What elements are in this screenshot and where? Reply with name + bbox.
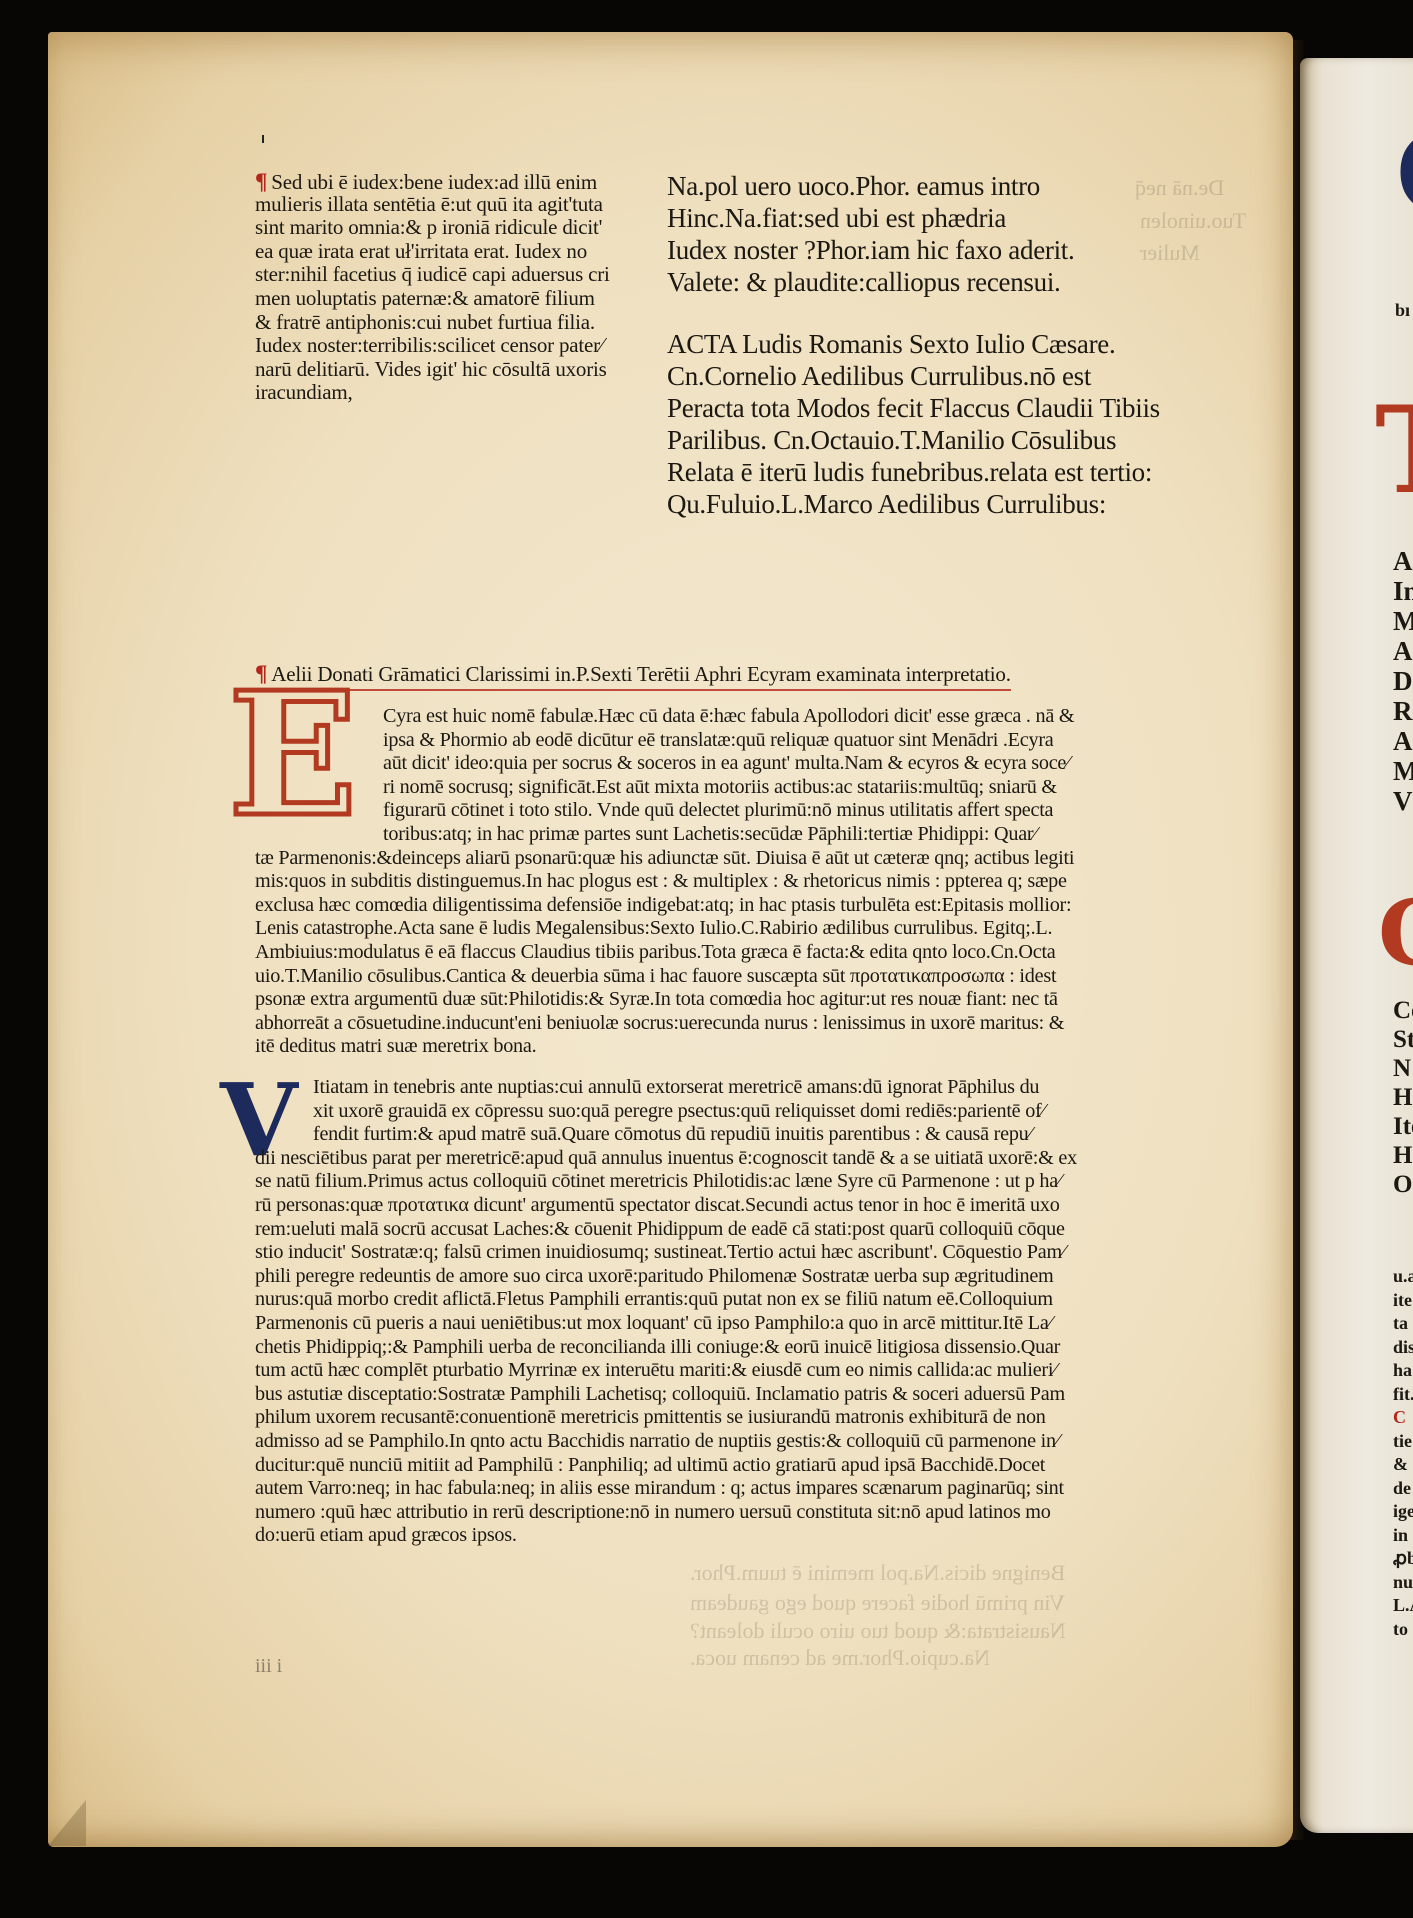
paragraph-mark-icon: ¶: [255, 168, 267, 194]
text-line: itē deditus matri suæ meretrix bona.: [255, 1035, 1074, 1059]
text-line: & fratrē antiphonis:cui nubet furtiua fi…: [255, 312, 610, 336]
play-text-column: Na.pol uero uoco.Phor. eamus intro Hinc.…: [667, 173, 1160, 523]
text-line: chetis Phidippiq;:& Pamphili uerba de re…: [255, 1336, 1077, 1360]
text-line: ea quæ irata erat uł'irritata erat. Iude…: [255, 241, 610, 265]
show-through-fragment: Vin primū hodie facere quod ego gaudeam: [690, 1590, 1065, 1616]
right-page-red-initial-2: C: [1378, 880, 1413, 986]
text-line: rem:ueluti malā socrū accusat Laches:& c…: [255, 1218, 1077, 1242]
text-line: philum uxorem recusantē:conuentionē mere…: [255, 1406, 1077, 1430]
section-heading: ¶Aelii Donati Grāmatici Clarissimi in.P.…: [255, 660, 1011, 687]
text-line: ri nomē socrusq; significāt.Est aūt mixt…: [255, 776, 1074, 800]
dialogue-line: Hinc.Na.fiat:sed ubi est phædria: [667, 205, 1160, 237]
text-line: Itiatam in tenebris ante nuptias:cui ann…: [255, 1076, 1077, 1100]
signature-mark: iii i: [255, 1655, 282, 1678]
text-line: numero :quū hæc attributio in rerū descr…: [255, 1501, 1077, 1525]
text-line: mulieris illata sentētia ē:ut quū ita ag…: [255, 194, 610, 218]
right-page-column: A In M A D R A M V: [1393, 546, 1413, 816]
text-line: Ambiuius:modulatus ē eā flaccus Claudius…: [255, 941, 1074, 965]
didascalia-line: Parilibus. Cn.Octauio.T.Manilio Cōsulibu…: [667, 427, 1160, 459]
text-line: ipsa & Phormio ab eodē dicūtur eē transl…: [255, 729, 1074, 753]
right-page-blue-initial: (: [1392, 115, 1413, 221]
show-through-fragment: Benigne dicis.Na.pol memini ē tuum.Phor.: [690, 1560, 1065, 1586]
text-line: ¶Sed ubi ē iudex:bene iudex:ad illū enim: [255, 170, 610, 194]
right-page-column-2: Co St N H Ite H O: [1393, 996, 1413, 1199]
didascalia-line: Qu.Fuluio.L.Marco Aedilibus Currulibus:: [667, 491, 1160, 523]
dialogue-line: Iudex noster ?Phor.iam hic faxo aderit.: [667, 237, 1160, 269]
text-line: Parmenonis cū pueris a naui ueniētibus:u…: [255, 1312, 1077, 1336]
text-line: stio inducit' Sostratæ:q; falsū crimen i…: [255, 1241, 1077, 1265]
text-line: narū delitiarū. Vides igit' hic cōsultā …: [255, 359, 610, 383]
show-through-fragment: Nausistrata:& quod tuo uiro oculi dolean…: [690, 1618, 1066, 1644]
text-line: tæ Parmenonis:&deinceps aliarū psonarū:q…: [255, 847, 1074, 871]
text-line: bus astutiæ disceptatio:Sostratæ Pamphil…: [255, 1383, 1077, 1407]
text-line: admisso ad se Pamphilo.In qnto actu Bacc…: [255, 1430, 1077, 1454]
text-line: do:uerū etiam apud græcos ipsos.: [255, 1524, 1077, 1548]
text-line: dii nesciētibus parat per meretricē:apud…: [255, 1147, 1077, 1171]
text-line: abhorreāt a cōsuetudine.inducunt'eni ben…: [255, 1012, 1074, 1036]
text-line: iracundiam,: [255, 382, 610, 406]
rubric-underline: [255, 689, 1011, 691]
right-page-fragment: bı: [1395, 300, 1410, 321]
commentary-paragraph-2: Itiatam in tenebris ante nuptias:cui ann…: [255, 1076, 1077, 1548]
dialogue-line: Na.pol uero uoco.Phor. eamus intro: [667, 173, 1160, 205]
text-line: rū personas:quæ προτατικα dicunt' argume…: [255, 1194, 1077, 1218]
text-line: mis:quos in subditis distinguemus.In hac…: [255, 870, 1074, 894]
didascalia-line: Peracta tota Modos fecit Flaccus Claudii…: [667, 395, 1160, 427]
text-line: nurus:quā morbo credit aflictā.Fletus Pa…: [255, 1288, 1077, 1312]
text-line: autem Varro:neq; in hac fabula:neq; in a…: [255, 1477, 1077, 1501]
text-line: fendit furtim:& apud matrē suā.Quare cōm…: [255, 1123, 1077, 1147]
text-line: ducitur:quē nunciū mitiit ad Pamphilū : …: [255, 1454, 1077, 1478]
didascalia-line: ACTA Ludis Romanis Sexto Iulio Cæsare.: [667, 331, 1160, 363]
didascalia-line: Cn.Cornelio Aedilibus Currulibus.nō est: [667, 363, 1160, 395]
text-line: toribus:atq; in hac primæ partes sunt La…: [255, 823, 1074, 847]
ink-mark: [262, 135, 264, 143]
show-through-fragment: Na.cupio.Phor.me ad cenam uoca.: [690, 1645, 990, 1671]
text-line: sint marito omnia:& p ironiā ridicule di…: [255, 217, 610, 241]
text-line: Cyra est huic nomē fabulæ.Hæc cū data ē:…: [255, 705, 1074, 729]
text-line: men uoluptatis paternæ:& amatorē filium: [255, 288, 610, 312]
text-line: Lenis catastrophe.Acta sane ē ludis Mega…: [255, 917, 1074, 941]
text-line: figurarū cōtinet i toto stilo. Vnde quū …: [255, 799, 1074, 823]
right-page-column-3: u.a ite ta dis ha fit. C tie & de ige in…: [1393, 1265, 1413, 1641]
text-line: Iudex noster:terribilis:scilicet censor …: [255, 335, 610, 359]
right-page-red-initial: T: [1375, 380, 1413, 521]
commentary-column: ¶Sed ubi ē iudex:bene iudex:ad illū enim…: [255, 170, 610, 406]
text-line: ster:nihil facetius q̄ iudicē capi aduer…: [255, 264, 610, 288]
text-line: se natū filium.Primus actus colloquiū cō…: [255, 1170, 1077, 1194]
text-line: uio.T.Manilio cōsulibus.Cantica & deuerb…: [255, 965, 1074, 989]
text-line: phili peregre redeuntis de amore suo cir…: [255, 1265, 1077, 1289]
text-line: exclusa hæc comœdia diligentissima defen…: [255, 894, 1074, 918]
didascalia-line: Relata ē iterū ludis funebribus.relata e…: [667, 459, 1160, 491]
folded-corner: [48, 1800, 86, 1846]
text-line: tum actū hæc complēt pturbatio Myrrinæ e…: [255, 1359, 1077, 1383]
dialogue-line: Valete: & plaudite:calliopus recensui.: [667, 269, 1160, 301]
commentary-paragraph-1: Cyra est huic nomē fabulæ.Hæc cū data ē:…: [255, 705, 1074, 1059]
text-line: xit uxorē grauidā ex cōpressu suo:quā pe…: [255, 1100, 1077, 1124]
text-line: aūt dicit' ideo:quia per socrus & socero…: [255, 752, 1074, 776]
text-line: psonæ extra argumentū duæ sūt:Philotidis…: [255, 988, 1074, 1012]
